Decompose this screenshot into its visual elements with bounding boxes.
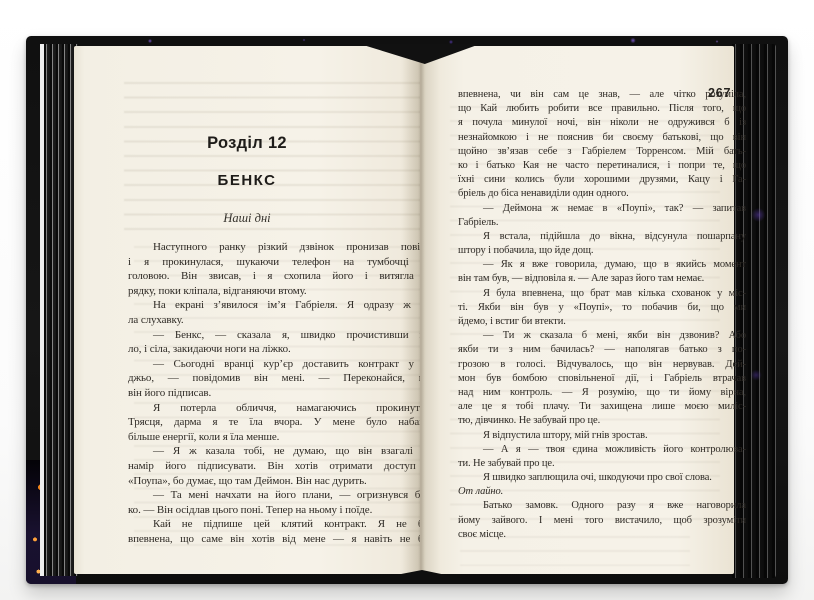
page-edges-left — [40, 44, 78, 576]
text-line: намір його підписувати. Він хотів отрима… — [128, 459, 438, 474]
chapter-heading: Розділ 12 — [74, 134, 420, 153]
text-line: рядку, поки кліпала, відганяючи втому. — [128, 284, 438, 299]
text-line: щойно зв’язав себе з Габріелем Торренсом… — [458, 145, 746, 159]
text-line: Габріель. — [458, 216, 746, 230]
text-line: він його підписав. — [128, 386, 438, 401]
text-line: Батько замовк. Одного разу я вже наговор… — [458, 499, 746, 513]
text-line: але це я тобі плачу. Ти захищена лише мо… — [458, 400, 746, 414]
text-line: Трясця, дарма я те їла вчора. У мене бул… — [128, 415, 438, 430]
text-line: — Ти ж сказала б мені, якби він дзвонив?… — [458, 329, 746, 343]
book: Розділ 12 БЕНКС Наші дні Наступного ранк… — [26, 36, 788, 584]
text-line: — Як я вже говорила, думаю, що в якийсь … — [458, 258, 746, 272]
chapter-subtitle: Наші дні — [74, 211, 420, 226]
text-line: над ним контроль. — Я розумію, що ти йом… — [458, 386, 746, 400]
text-line: От лайно. — [458, 485, 746, 499]
bleed-through-ghost — [124, 82, 424, 230]
left-page-text-column: Наступного ранку різкий дзвінок пронизав… — [128, 240, 438, 546]
text-line: ко і батько Кая не часто перетиналися, і… — [458, 159, 746, 173]
right-page: 267 впевнена, чи він сам це знав, — але … — [420, 46, 734, 574]
text-line: мон був бомбою сповільненої дії, і Габрі… — [458, 372, 746, 386]
text-line: ло, і сіла, закидаючи ноги на ліжко. — [128, 342, 438, 357]
text-line: — Деймона ж немає в «Поупі», так? — запи… — [458, 202, 746, 216]
text-line: незнайомкою і не пояснив би своєму батьк… — [458, 131, 746, 145]
text-line: штору і побачила, що йде дощ. — [458, 244, 746, 258]
text-line: своє місце. — [458, 528, 746, 542]
text-line: тю, дівчинко. Не забувай про це. — [458, 414, 746, 428]
text-line: ті. Якби він був у «Поупі», то побачив б… — [458, 301, 746, 315]
text-line: я почула минулої ночі, він ніколи не одр… — [458, 116, 746, 130]
text-line: Я була впевнена, що брат мав кілька схов… — [458, 287, 746, 301]
text-line: бріель до біса ненавиділи один одного. — [458, 187, 746, 201]
text-line: їхні сини колись були хорошими друзями, … — [458, 173, 746, 187]
text-line: впевнена, чи він сам це знав, — але чітк… — [458, 88, 746, 102]
text-line: ти. Не забувай про це. — [458, 457, 746, 471]
text-line: Я потерла обличчя, намагаючись прокинути… — [128, 401, 438, 416]
text-line: Я встала, підійшла до вікна, відсунула п… — [458, 230, 746, 244]
text-line: Наступного ранку різкий дзвінок пронизав… — [128, 240, 438, 255]
text-line: — Та мені начхати на його плани, — огриз… — [128, 488, 438, 503]
text-line: — А я — твоя єдина можливість його контр… — [458, 443, 746, 457]
text-line: що Кай любить робити все правильно. Післ… — [458, 102, 746, 116]
text-line: йому зайвого. І мені того вистачило, щоб… — [458, 514, 746, 528]
text-line: йдемо, і встиг би втекти. — [458, 315, 746, 329]
text-line: більше енергії, коли я їла менше. — [128, 430, 438, 445]
text-line: — Я ж казала тобі, не думаю, що він взаг… — [128, 444, 438, 459]
text-line: — Бенкс, — сказала я, швидко прочистивши… — [128, 328, 438, 343]
text-line: Кай не підпише цей клятий контракт. Я не… — [128, 517, 438, 532]
text-line: джьо, — повідомив він мені. — Переконайс… — [128, 371, 438, 386]
chapter-title: БЕНКС — [74, 172, 420, 189]
text-line: ко. — Він осідлав цього поні. Тепер на н… — [128, 503, 438, 518]
text-line: — Сьогодні вранці кур’єр доставить контр… — [128, 357, 438, 372]
text-line: якби ти з ним бачилась? — наполягав бать… — [458, 343, 746, 357]
photo-background: Розділ 12 БЕНКС Наші дні Наступного ранк… — [0, 0, 814, 600]
text-line: грозою в голосі. Відчувалось, що він нер… — [458, 358, 746, 372]
text-line: «Поупа», бо думає, що там Деймон. Він на… — [128, 474, 438, 489]
text-line: Я швидко заплющила очі, шкодуючи про сво… — [458, 471, 746, 485]
text-line: На екрані з’явилося ім’я Габріеля. Я одр… — [128, 298, 438, 313]
text-line: і я прокинулася, шукаючи телефон на тумб… — [128, 255, 438, 270]
text-line: впевнена, що саме він хотів від мене — я… — [128, 532, 438, 547]
text-line: головою. Він звисав, і я схопила його і … — [128, 269, 438, 284]
left-page: Розділ 12 БЕНКС Наші дні Наступного ранк… — [74, 46, 420, 574]
right-page-text-column: впевнена, чи він сам це знав, — але чітк… — [458, 88, 746, 542]
text-line: він там був, — відповіла я. — Але зараз … — [458, 272, 746, 286]
text-line: Я відпустила штору, мій гнів зростав. — [458, 429, 746, 443]
text-line: ла слухавку. — [128, 313, 438, 328]
